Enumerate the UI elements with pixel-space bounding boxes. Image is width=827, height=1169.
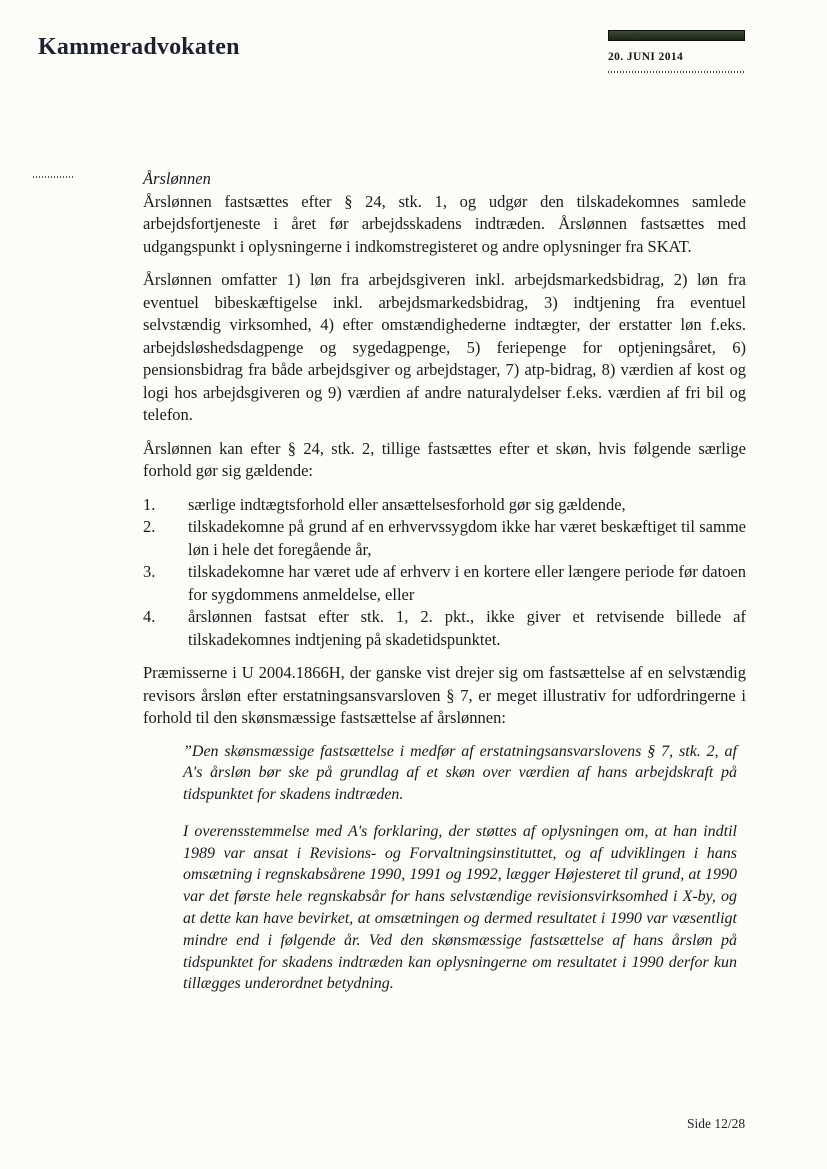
list-item-number: 3. (143, 561, 188, 606)
list-item-text: tilskadekomne på grund af en erhvervssyg… (188, 516, 746, 561)
header-dotted-rule (608, 71, 745, 73)
list-item: 2. tilskadekomne på grund af en erhvervs… (143, 516, 746, 561)
list-item-number: 1. (143, 494, 188, 517)
list-item-text: årslønnen fastsat efter stk. 1, 2. pkt.,… (188, 606, 746, 651)
quote-paragraph-1: ”Den skønsmæssige fastsættelse i medfør … (183, 741, 737, 806)
list-item: 1. særlige indtægtsforhold eller ansætte… (143, 494, 746, 517)
document-date: 20. JUNI 2014 (608, 51, 745, 63)
document-body: Årslønnen Årslønnen fastsættes efter § 2… (143, 168, 746, 1010)
header-accent-bar (608, 30, 745, 41)
list-item: 3. tilskadekomne har været ude af erhver… (143, 561, 746, 606)
list-item-text: særlige indtægtsforhold eller ansættelse… (188, 494, 746, 517)
list-item-text: tilskadekomne har været ude af erhverv i… (188, 561, 746, 606)
paragraph-praemisserne: Præmisserne i U 2004.1866H, der ganske v… (143, 662, 746, 730)
left-margin-dotted-mark (33, 176, 73, 178)
section-heading: Årslønnen (143, 168, 746, 191)
paragraph-arslon-omfatter: Årslønnen omfatter 1) løn fra arbejdsgiv… (143, 269, 746, 427)
paragraph-arslon-skon: Årslønnen kan efter § 24, stk. 2, tillig… (143, 438, 746, 483)
kammeradvokaten-logo: Kammeradvokaten (38, 34, 240, 61)
numbered-list: 1. særlige indtægtsforhold eller ansætte… (143, 494, 746, 652)
quote-paragraph-2: I overensstemmelse med A's forklaring, d… (183, 821, 737, 995)
document-page: Kammeradvokaten 20. JUNI 2014 Årslønnen … (0, 0, 827, 1169)
paragraph-arslon-fastsattes: Årslønnen fastsættes efter § 24, stk. 1,… (143, 191, 746, 259)
list-item-number: 2. (143, 516, 188, 561)
list-item: 4. årslønnen fastsat efter stk. 1, 2. pk… (143, 606, 746, 651)
header-date-block: 20. JUNI 2014 (608, 30, 745, 73)
page-number: Side 12/28 (687, 1116, 745, 1132)
list-item-number: 4. (143, 606, 188, 651)
